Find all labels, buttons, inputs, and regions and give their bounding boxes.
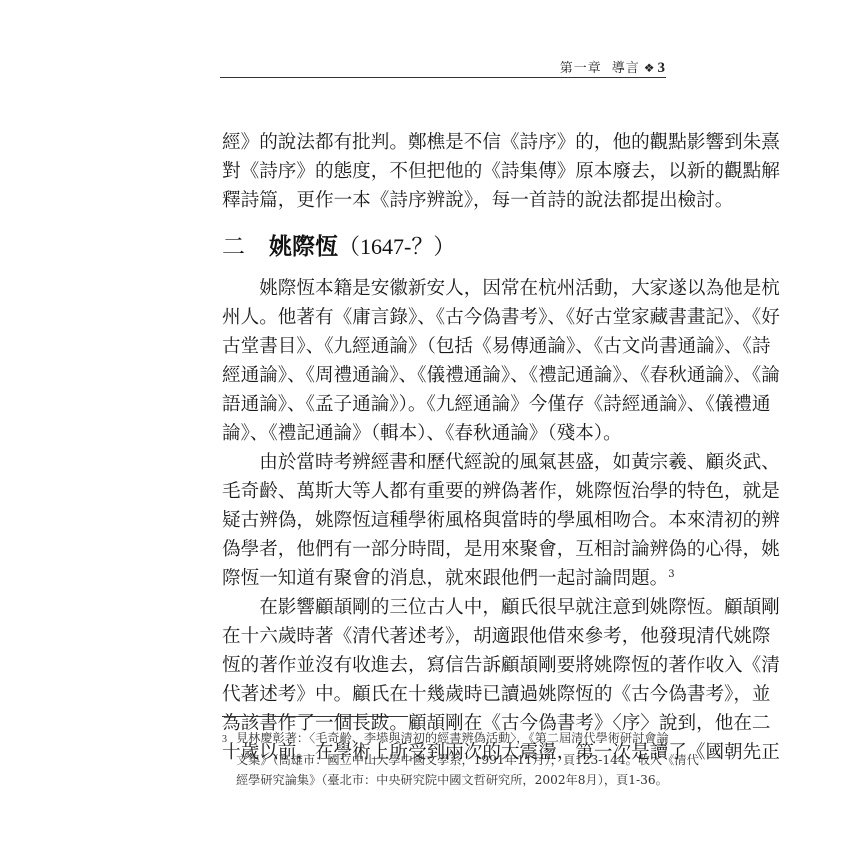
running-head: 第一章導言❖3 (220, 57, 666, 77)
text-line: 古堂書目》、《九經通論》（包括《易傳通論》、《古文尚書通論》、《詩 (222, 332, 668, 361)
text-line: 毛奇齡、萬斯大等人都有重要的辨偽著作，姚際恆治學的特色，就是 (222, 477, 668, 506)
footnote-line: 3見林慶彰著：〈毛奇齡、李塨與清初的經書辨偽活動〉，《第二屆清代學術研討會論 (222, 728, 668, 750)
text-line-content: 際恆一知道有聚會的消息，就來跟他們一起討論問題。 (222, 568, 668, 589)
header-rule (220, 77, 666, 78)
section-years: （1647-？） (338, 234, 455, 259)
footnote-text: 見林慶彰著：〈毛奇齡、李塨與清初的經書辨偽活動〉，《第二屆清代學術研討會論 (236, 731, 669, 745)
text-line: 對《詩序》的態度，不但把他的《詩集傳》原本廢去，以新的觀點解 (222, 157, 668, 186)
ornament-icon: ❖ (644, 61, 656, 75)
text-line: 論》、《禮記通論》（輯本）、《春秋通論》（殘本）。 (222, 419, 668, 448)
text-line: 經通論》、《周禮通論》、《儀禮通論》、《禮記通論》、《春秋通論》、《論 (222, 361, 668, 390)
chapter-label: 第一章 (560, 61, 602, 76)
text-line: 偽學者，他們有一部分時間，是用來聚會，互相討論辨偽的心得，姚 (222, 535, 668, 564)
footnote-line: 經學研究論集》（臺北市：中央研究院中國文哲研究所，2002年8月），頁1-36。 (222, 770, 668, 790)
footnote-rule (222, 716, 408, 717)
text-line: 恆的著作並沒有收進去，寫信告訴顧頡剛要將姚際恆的著作收入《清 (222, 651, 668, 680)
footnote-line: 文集》（高雄市：國立中山大學中國文學系，1991年11月），頁123-144。收… (222, 750, 668, 770)
paragraph-2: 由於當時考辨經書和歷代經說的風氣甚盛，如黃宗羲、顧炎武、 毛奇齡、萬斯大等人都有… (222, 448, 668, 593)
footnote-mark: 3 (222, 730, 236, 750)
paragraph-continued: 經》的說法都有批判。鄭樵是不信《詩序》的，他的觀點影響到朱熹 對《詩序》的態度，… (222, 128, 668, 215)
text-line: 釋詩篇，更作一本《詩序辨說》，每一首詩的說法都提出檢討。 (222, 186, 668, 215)
section-heading: 二姚際恆（1647-？） (222, 228, 455, 261)
book-page: 第一章導言❖3 經》的說法都有批判。鄭樵是不信《詩序》的，他的觀點影響到朱熹 對… (0, 0, 850, 850)
text-line: 經》的說法都有批判。鄭樵是不信《詩序》的，他的觀點影響到朱熹 (222, 128, 668, 157)
chapter-title: 導言 (612, 61, 640, 76)
text-line: 在影響顧頡剛的三位古人中，顧氏很早就注意到姚際恆。顧頡剛 (222, 593, 668, 622)
text-line: 代著述考》中。顧氏在十幾歲時已讀過姚際恆的《古今偽書考》，並 (222, 680, 668, 709)
page-number: 3 (658, 60, 667, 76)
text-line: 姚際恆本籍是安徽新安人，因常在杭州活動，大家遂以為他是杭 (222, 274, 668, 303)
footnote-3: 3見林慶彰著：〈毛奇齡、李塨與清初的經書辨偽活動〉，《第二屆清代學術研討會論 文… (222, 728, 668, 790)
footnote-reference[interactable]: 3 (668, 569, 674, 580)
text-line: 州人。他著有《庸言錄》、《古今偽書考》、《好古堂家藏書畫記》、《好 (222, 303, 668, 332)
paragraph-1: 姚際恆本籍是安徽新安人，因常在杭州活動，大家遂以為他是杭 州人。他著有《庸言錄》… (222, 274, 668, 448)
section-name: 姚際恆 (269, 233, 338, 260)
text-line: 由於當時考辨經書和歷代經說的風氣甚盛，如黃宗羲、顧炎武、 (222, 448, 668, 477)
text-line: 際恆一知道有聚會的消息，就來跟他們一起討論問題。3 (222, 564, 668, 593)
text-line: 語通論》、《孟子通論》）。《九經通論》今僅存《詩經通論》、《儀禮通 (222, 390, 668, 419)
text-line: 在十六歲時著《清代著述考》，胡適跟他借來參考，他發現清代姚際 (222, 622, 668, 651)
section-number: 二 (222, 234, 245, 260)
text-line: 疑古辨偽，姚際恆這種學術風格與當時的學風相吻合。本來清初的辨 (222, 506, 668, 535)
